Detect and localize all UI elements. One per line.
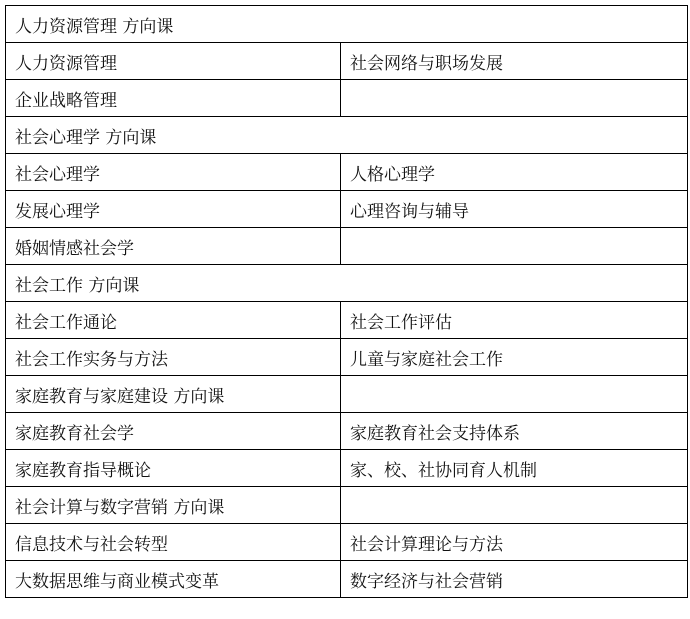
course-table: 人力资源管理 方向课 人力资源管理 社会网络与职场发展 企业战略管理 社会心理学… [5, 5, 688, 598]
course-cell: 社会计算理论与方法 [341, 524, 688, 561]
table-row: 社会工作实务与方法 儿童与家庭社会工作 [6, 339, 688, 376]
section-header-hr: 人力资源管理 方向课 [6, 6, 688, 43]
table-row: 社会心理学 人格心理学 [6, 154, 688, 191]
empty-cell [341, 376, 688, 413]
section-header-family-edu: 家庭教育与家庭建设 方向课 [6, 376, 341, 413]
course-cell: 信息技术与社会转型 [6, 524, 341, 561]
section-header-row: 家庭教育与家庭建设 方向课 [6, 376, 688, 413]
table-row: 家庭教育社会学 家庭教育社会支持体系 [6, 413, 688, 450]
course-cell: 社会心理学 [6, 154, 341, 191]
course-cell: 心理咨询与辅导 [341, 191, 688, 228]
course-cell: 儿童与家庭社会工作 [341, 339, 688, 376]
course-cell: 数字经济与社会营销 [341, 561, 688, 598]
table-row: 婚姻情感社会学 [6, 228, 688, 265]
table-row: 社会工作通论 社会工作评估 [6, 302, 688, 339]
course-cell: 大数据思维与商业模式变革 [6, 561, 341, 598]
table-row: 发展心理学 心理咨询与辅导 [6, 191, 688, 228]
course-cell: 发展心理学 [6, 191, 341, 228]
empty-cell [341, 228, 688, 265]
section-header-social-work: 社会工作 方向课 [6, 265, 688, 302]
course-cell: 家庭教育社会学 [6, 413, 341, 450]
table-row: 信息技术与社会转型 社会计算理论与方法 [6, 524, 688, 561]
section-header-row: 社会计算与数字营销 方向课 [6, 487, 688, 524]
course-cell: 人力资源管理 [6, 43, 341, 80]
course-cell: 社会网络与职场发展 [341, 43, 688, 80]
section-header-social-computing: 社会计算与数字营销 方向课 [6, 487, 341, 524]
empty-cell [341, 80, 688, 117]
course-cell: 家庭教育指导概论 [6, 450, 341, 487]
course-cell: 企业战略管理 [6, 80, 341, 117]
table-row: 大数据思维与商业模式变革 数字经济与社会营销 [6, 561, 688, 598]
table-row: 人力资源管理 社会网络与职场发展 [6, 43, 688, 80]
course-cell: 家庭教育社会支持体系 [341, 413, 688, 450]
course-cell: 家、校、社协同育人机制 [341, 450, 688, 487]
course-cell: 社会工作评估 [341, 302, 688, 339]
course-cell: 社会工作实务与方法 [6, 339, 341, 376]
section-header-psych: 社会心理学 方向课 [6, 117, 688, 154]
course-cell: 社会工作通论 [6, 302, 341, 339]
course-cell: 婚姻情感社会学 [6, 228, 341, 265]
section-header-row: 社会心理学 方向课 [6, 117, 688, 154]
section-header-row: 人力资源管理 方向课 [6, 6, 688, 43]
course-cell: 人格心理学 [341, 154, 688, 191]
section-header-row: 社会工作 方向课 [6, 265, 688, 302]
empty-cell [341, 487, 688, 524]
table-row: 企业战略管理 [6, 80, 688, 117]
table-row: 家庭教育指导概论 家、校、社协同育人机制 [6, 450, 688, 487]
